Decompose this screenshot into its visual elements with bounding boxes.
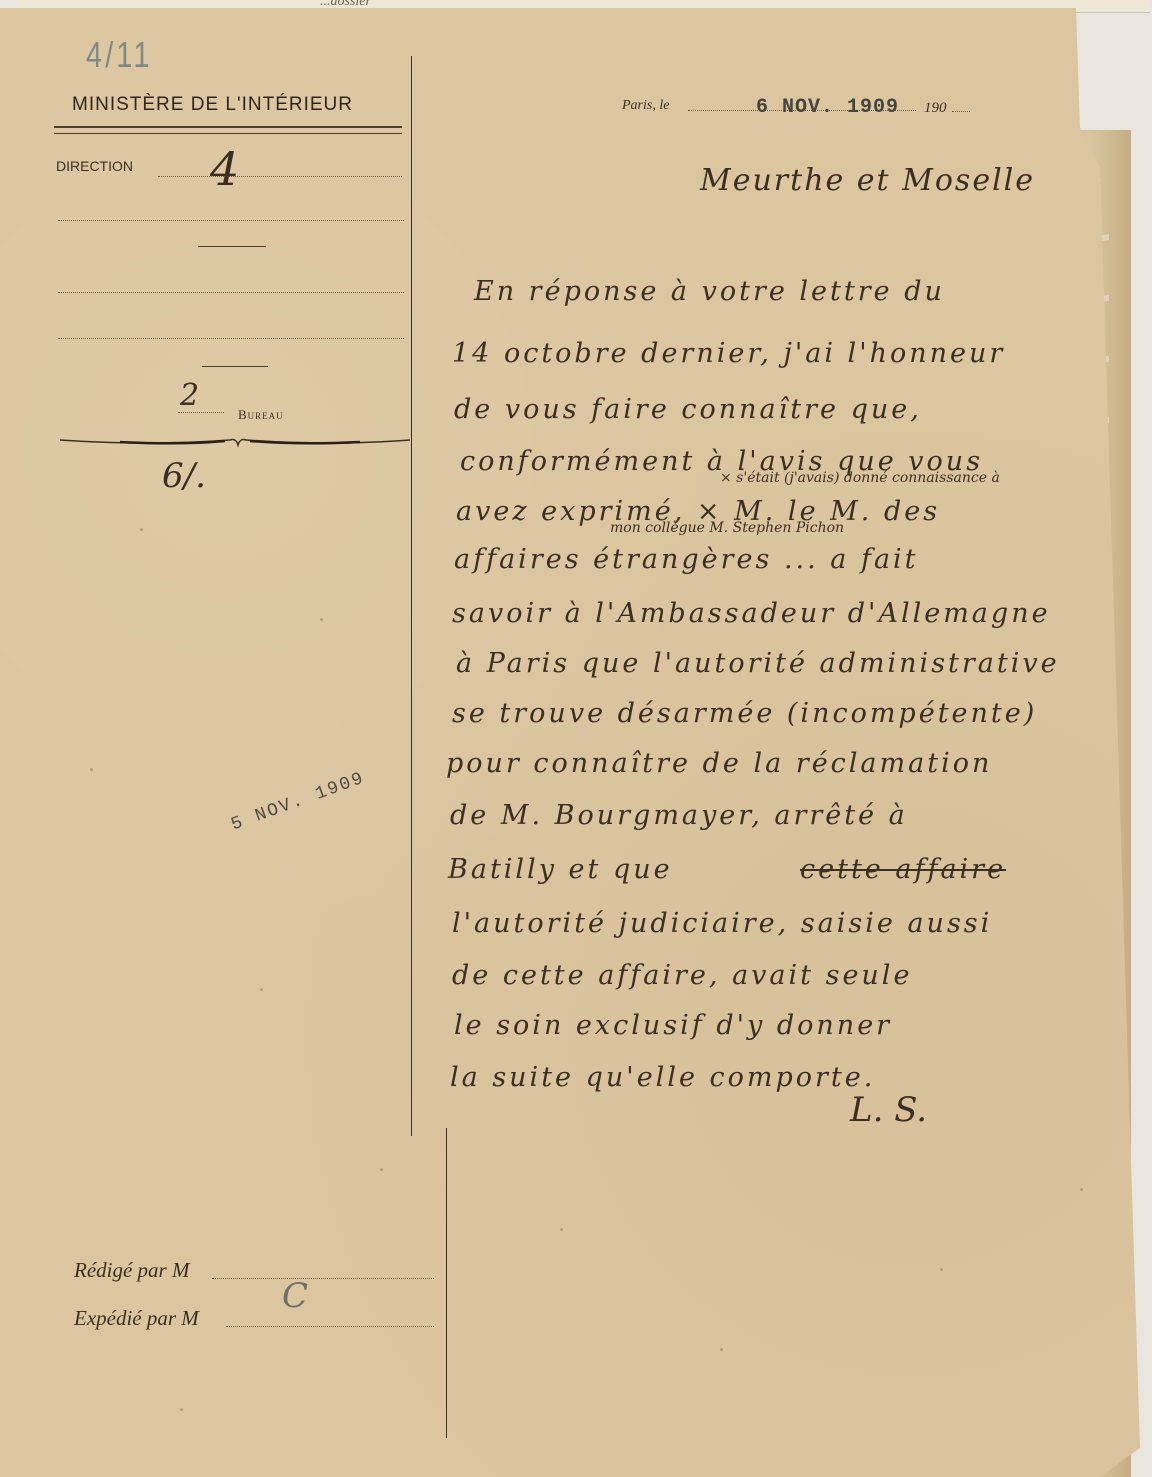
direction-value: 4 bbox=[210, 142, 239, 196]
column-divider-lower bbox=[446, 1128, 447, 1438]
received-date-stamp: 5 NOV. 1909 bbox=[229, 768, 368, 835]
redige-field-line bbox=[212, 1278, 434, 1279]
interlinear-insert: mon collègue M. Stephen Pichon bbox=[610, 520, 844, 536]
letter-line: l'autorité judiciaire, saisie aussi bbox=[452, 908, 992, 939]
paper-speck bbox=[940, 1268, 943, 1271]
letter-line: se trouve désarmée (incompétente) bbox=[452, 698, 1037, 729]
letter-line: à Paris que l'autorité administrative bbox=[456, 648, 1060, 679]
year-prefix: 190 bbox=[924, 100, 947, 117]
pencil-reference: 4/11 bbox=[86, 34, 153, 76]
column-divider bbox=[411, 56, 412, 1136]
letter-line: savoir à l'Ambassadeur d'Allemagne bbox=[452, 598, 1051, 629]
interlinear-insert: × s'était (j'avais) donné connaissance à bbox=[720, 470, 1000, 486]
year-field-line bbox=[952, 111, 970, 112]
expedie-field-line bbox=[226, 1326, 434, 1327]
form-line bbox=[58, 220, 404, 221]
struck-text: cette affaire bbox=[800, 854, 1006, 885]
paper-speck bbox=[180, 1408, 183, 1411]
letter-line: Batilly et que bbox=[448, 854, 673, 885]
file-number: 6/. bbox=[162, 456, 206, 496]
signature-initials: L. S. bbox=[850, 1090, 927, 1130]
redige-par-label: Rédigé par M bbox=[74, 1258, 189, 1283]
ornamental-rule bbox=[60, 436, 410, 452]
paper-speck bbox=[140, 528, 143, 531]
paper-speck bbox=[720, 1348, 723, 1351]
letter-line: de M. Bourgmayer, arrêté à bbox=[450, 800, 908, 831]
expedie-par-label: Expédié par M bbox=[74, 1306, 199, 1331]
short-rule bbox=[202, 366, 268, 367]
letter-line: En réponse à votre lettre du bbox=[474, 276, 945, 307]
recipient-department: Meurthe et Moselle bbox=[700, 163, 1035, 198]
paper-speck bbox=[320, 618, 323, 621]
short-rule bbox=[198, 246, 266, 247]
letter-line: pour connaître de la réclamation bbox=[446, 748, 992, 779]
direction-field-line bbox=[158, 176, 402, 177]
direction-label: DIRECTION bbox=[56, 158, 133, 174]
letter-line: affaires étrangères ... a fait bbox=[454, 544, 919, 575]
paper-speck bbox=[380, 1168, 383, 1171]
bureau-label: Bureau bbox=[238, 407, 284, 423]
paper-speck bbox=[260, 988, 263, 991]
place-prefix: Paris, le bbox=[622, 98, 669, 114]
date-stamp: 6 NOV. 1909 bbox=[756, 96, 899, 119]
paper-speck bbox=[90, 768, 93, 771]
letter-line: de cette affaire, avait seule bbox=[452, 960, 912, 991]
bureau-number: 2 bbox=[180, 378, 199, 413]
expedie-initial: C bbox=[282, 1276, 308, 1316]
document-sheet: 4/11 MINISTÈRE DE L'INTÉRIEUR DIRECTION … bbox=[0, 8, 1140, 1477]
letter-line: la suite qu'elle comporte. bbox=[450, 1062, 875, 1093]
header-double-rule bbox=[54, 126, 402, 134]
letter-line: de vous faire connaître que, bbox=[454, 394, 922, 425]
bureau-field-line bbox=[178, 412, 224, 413]
form-line bbox=[58, 338, 404, 339]
paper-speck bbox=[1080, 1188, 1083, 1191]
letter-line: 14 octobre dernier, j'ai l'honneur bbox=[452, 338, 1005, 369]
ministry-title: MINISTÈRE DE L'INTÉRIEUR bbox=[72, 94, 353, 116]
form-line bbox=[58, 292, 404, 293]
paper-speck bbox=[560, 1228, 563, 1231]
letter-line: le soin exclusif d'y donner bbox=[454, 1010, 892, 1041]
